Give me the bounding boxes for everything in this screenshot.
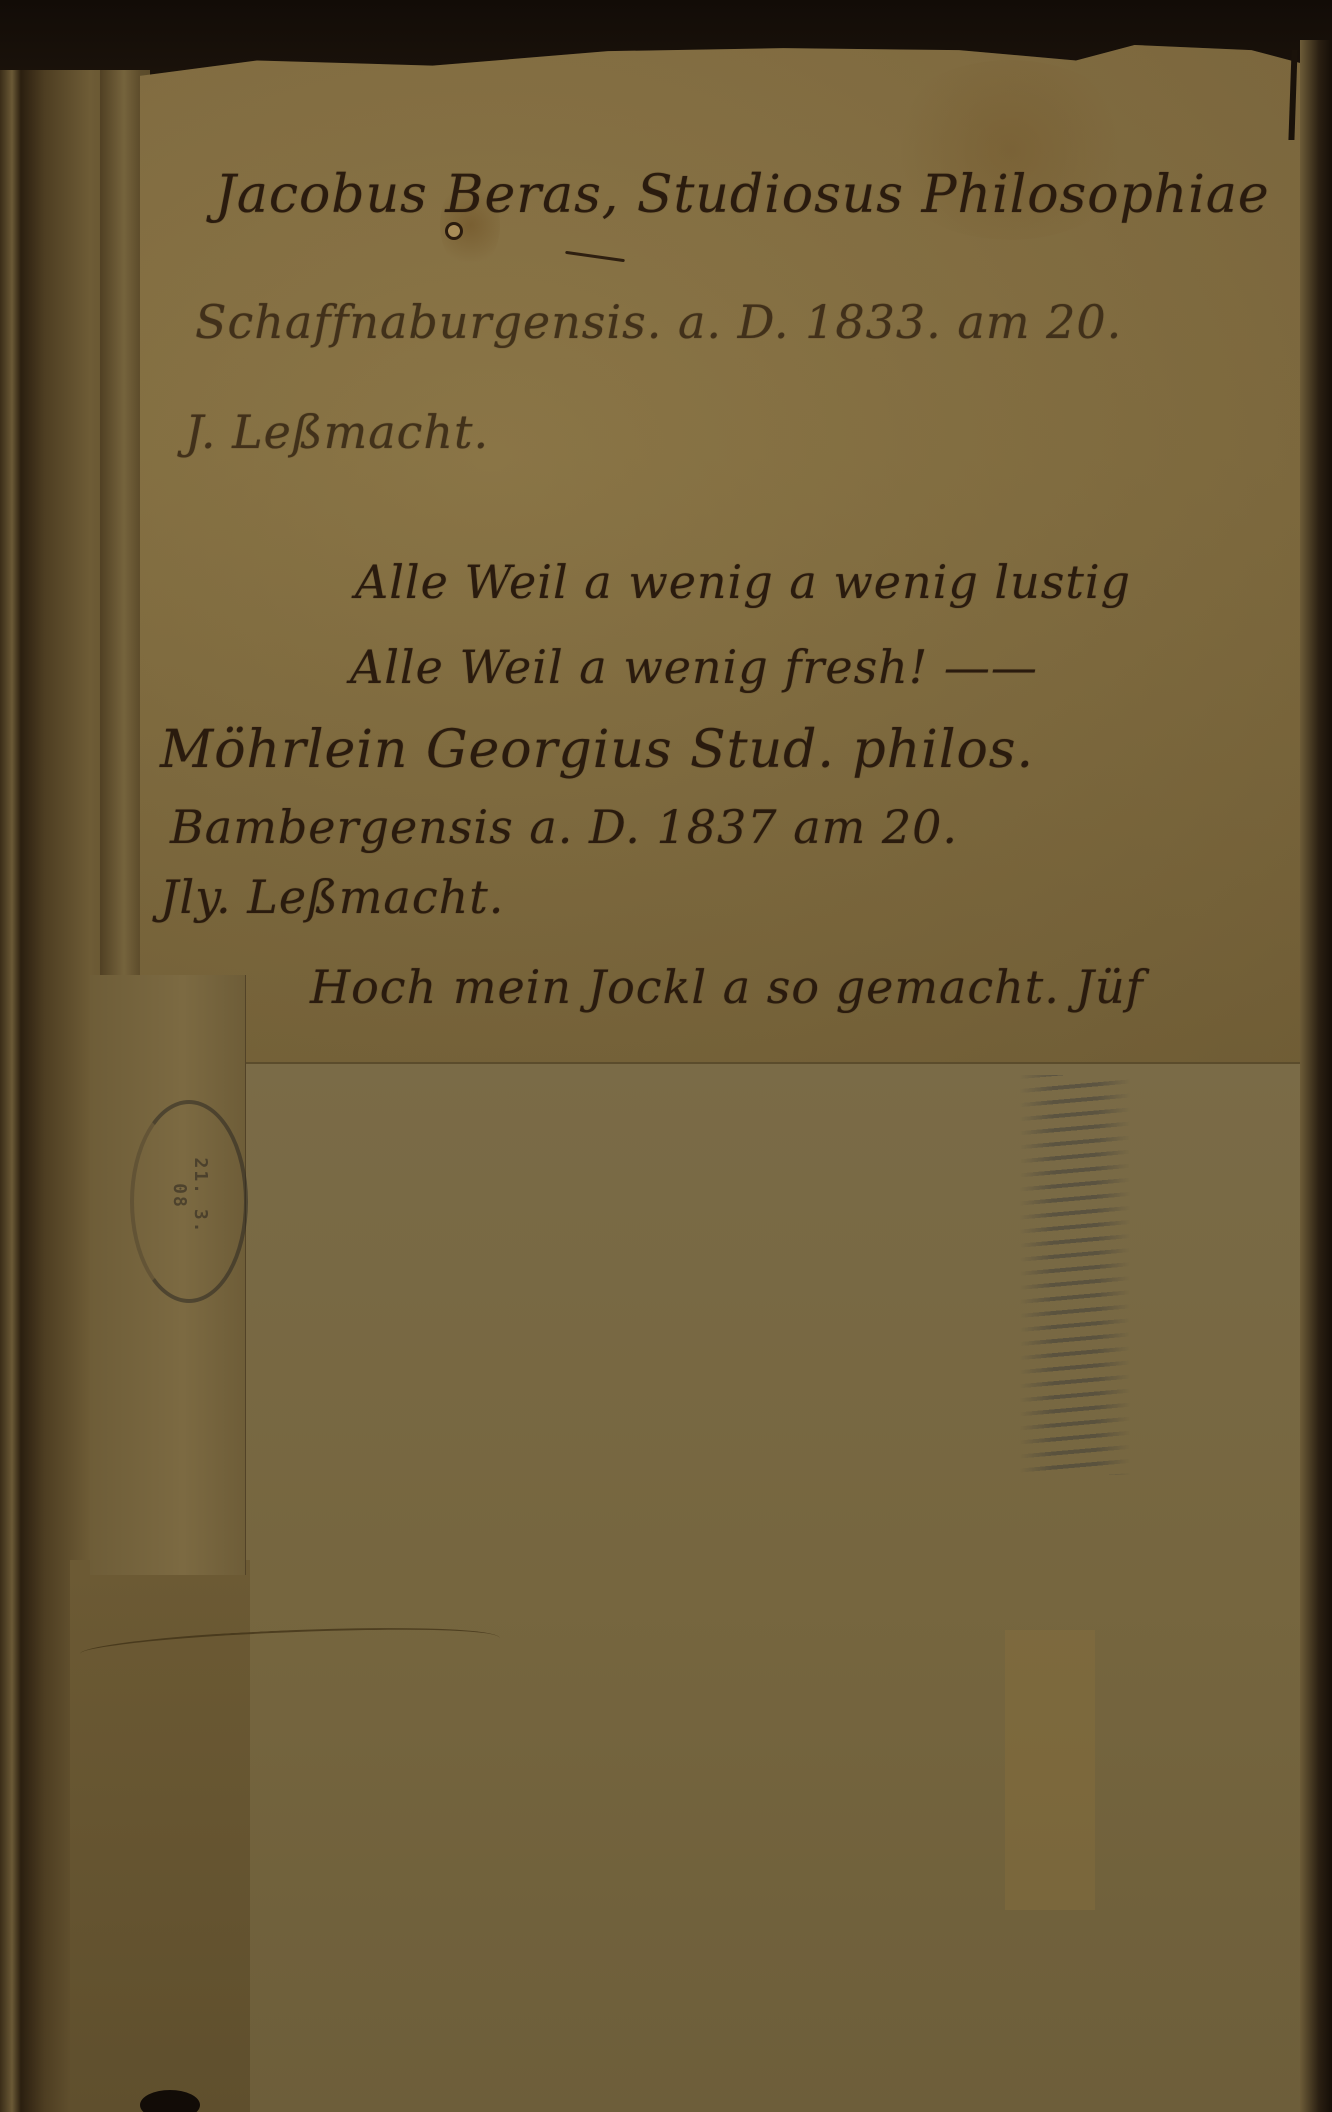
manuscript-photo: 21. 3. 08 Jacobus Beras, Studiosus Philo…: [0, 0, 1332, 2112]
light-patch: [1005, 1630, 1095, 1910]
entry-2-line-1: Alle Weil a wenig a wenig lustig: [355, 555, 1131, 609]
entry-1-line-2: Schaffnaburgensis. a. D. 1833. am 20.: [195, 295, 1122, 349]
right-page-edge: [1300, 40, 1332, 2112]
entry-4-line-1: Hoch mein Jockl a so gemacht. Jüf: [310, 960, 1144, 1014]
bottom-hole: [140, 2090, 200, 2112]
entry-3-line-1: Möhrlein Georgius Stud. philos.: [160, 720, 1034, 780]
ink-hole: [445, 222, 463, 240]
entry-2-line-2: Alle Weil a wenig fresh! ——: [350, 640, 1038, 694]
entry-3-line-3: Jly. Leßmacht.: [160, 870, 504, 924]
entry-1-line-3: J. Leßmacht.: [185, 405, 489, 459]
stamp-text: 21. 3. 08: [169, 1146, 211, 1246]
entry-3-line-2: Bambergensis a. D. 1837 am 20.: [170, 800, 958, 854]
lower-pasted-sheet: [245, 1062, 1305, 2112]
ink-smudge: [1020, 1075, 1130, 1475]
entry-1-line-1: Jacobus Beras, Studiosus Philosophiae: [215, 165, 1270, 225]
